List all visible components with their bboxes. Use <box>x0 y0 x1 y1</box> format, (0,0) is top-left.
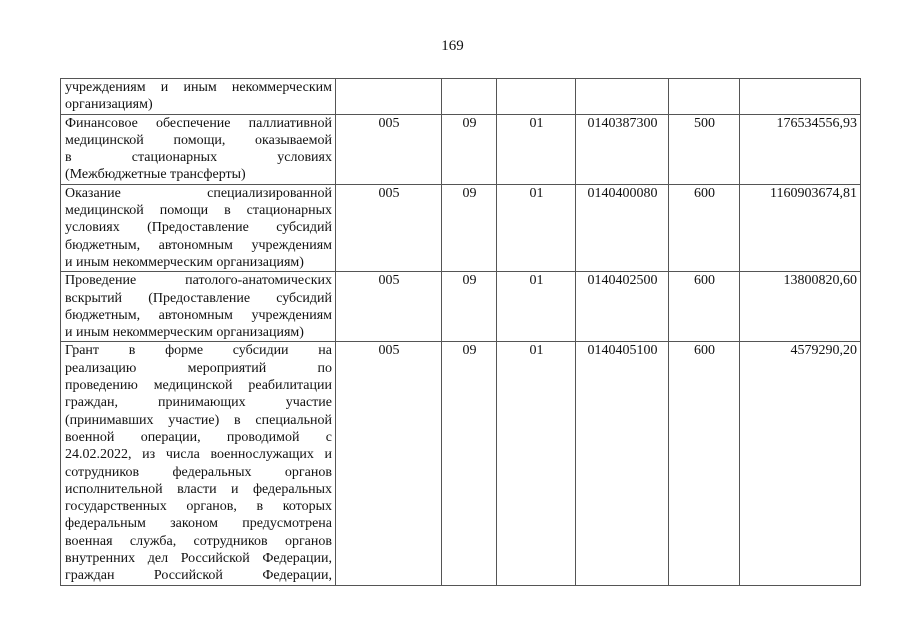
ministry-code-cell: 005 <box>336 272 442 342</box>
table-row: Проведение патолого-анатомических вскрыт… <box>61 272 861 342</box>
description-line: и иным некоммерческим организациям) <box>65 324 332 341</box>
amount-cell: 176534556,93 <box>740 114 861 184</box>
description-cell: Грант в форме субсидии на реализацию мер… <box>61 342 336 586</box>
description-line: в стационарных условиях <box>65 149 332 166</box>
description-line: Проведение патолого-анатомических <box>65 272 332 289</box>
description-line: граждан Российской Федерации, <box>65 567 332 584</box>
target-article-cell <box>576 79 669 115</box>
description-cell: учреждениям и иным некоммерческим органи… <box>61 79 336 115</box>
ministry-code-cell <box>336 79 442 115</box>
description-line: внутренних дел Российской Федерации, <box>65 550 332 567</box>
description-line: реализацию мероприятий по <box>65 360 332 377</box>
description-line: Грант в форме субсидии на <box>65 342 332 359</box>
description-line: государственных органов, в которых <box>65 498 332 515</box>
expense-type-cell: 500 <box>669 114 740 184</box>
description-cell: Финансовое обеспечение паллиативной меди… <box>61 114 336 184</box>
section-code-cell: 09 <box>442 272 497 342</box>
section-code-cell <box>442 79 497 115</box>
section-code-cell: 09 <box>442 342 497 586</box>
target-article-cell: 0140405100 <box>576 342 669 586</box>
budget-allocation-table: учреждениям и иным некоммерческим органи… <box>60 78 861 586</box>
description-line: исполнительной власти и федеральных <box>65 481 332 498</box>
target-article-cell: 0140402500 <box>576 272 669 342</box>
description-line: военной операции, проводимой с <box>65 429 332 446</box>
description-line: федеральным законом предусмотрена <box>65 515 332 532</box>
description-line: сотрудников федеральных органов <box>65 464 332 481</box>
description-line: Финансовое обеспечение паллиативной <box>65 115 332 132</box>
description-line: вскрытий (Предоставление субсидий <box>65 290 332 307</box>
description-line: граждан, принимающих участие <box>65 394 332 411</box>
table-row: Финансовое обеспечение паллиативной меди… <box>61 114 861 184</box>
table-row: Грант в форме субсидии на реализацию мер… <box>61 342 861 586</box>
subsection-code-cell: 01 <box>497 272 576 342</box>
page-number: 169 <box>0 37 905 55</box>
description-line: военная служба, сотрудников органов <box>65 533 332 550</box>
description-line: 24.02.2022, из числа военнослужащих и <box>65 446 332 463</box>
ministry-code-cell: 005 <box>336 342 442 586</box>
table-row: учреждениям и иным некоммерческим органи… <box>61 79 861 115</box>
expense-type-cell: 600 <box>669 342 740 586</box>
amount-cell: 4579290,20 <box>740 342 861 586</box>
subsection-code-cell: 01 <box>497 342 576 586</box>
target-article-cell: 0140400080 <box>576 184 669 271</box>
description-line: условиях (Предоставление субсидий <box>65 219 332 236</box>
section-code-cell: 09 <box>442 184 497 271</box>
description-line: учреждениям и иным некоммерческим <box>65 79 332 96</box>
amount-cell <box>740 79 861 115</box>
ministry-code-cell: 005 <box>336 184 442 271</box>
expense-type-cell: 600 <box>669 184 740 271</box>
description-cell: Проведение патолого-анатомических вскрыт… <box>61 272 336 342</box>
subsection-code-cell: 01 <box>497 184 576 271</box>
ministry-code-cell: 005 <box>336 114 442 184</box>
description-line: проведению медицинской реабилитации <box>65 377 332 394</box>
description-line: бюджетным, автономным учреждениям <box>65 237 332 254</box>
amount-cell: 1160903674,81 <box>740 184 861 271</box>
subsection-code-cell <box>497 79 576 115</box>
target-article-cell: 0140387300 <box>576 114 669 184</box>
description-line: (Межбюджетные трансферты) <box>65 166 332 183</box>
subsection-code-cell: 01 <box>497 114 576 184</box>
description-line: Оказание специализированной <box>65 185 332 202</box>
expense-type-cell: 600 <box>669 272 740 342</box>
description-line: организациям) <box>65 96 332 113</box>
description-line: бюджетным, автономным учреждениям <box>65 307 332 324</box>
description-line: медицинской помощи, оказываемой <box>65 132 332 149</box>
amount-cell: 13800820,60 <box>740 272 861 342</box>
description-line: (принимавших участие) в специальной <box>65 412 332 429</box>
description-line: медицинской помощи в стационарных <box>65 202 332 219</box>
expense-type-cell <box>669 79 740 115</box>
description-cell: Оказание специализированной медицинской … <box>61 184 336 271</box>
description-line: и иным некоммерческим организациям) <box>65 254 332 271</box>
section-code-cell: 09 <box>442 114 497 184</box>
table-row: Оказание специализированной медицинской … <box>61 184 861 271</box>
